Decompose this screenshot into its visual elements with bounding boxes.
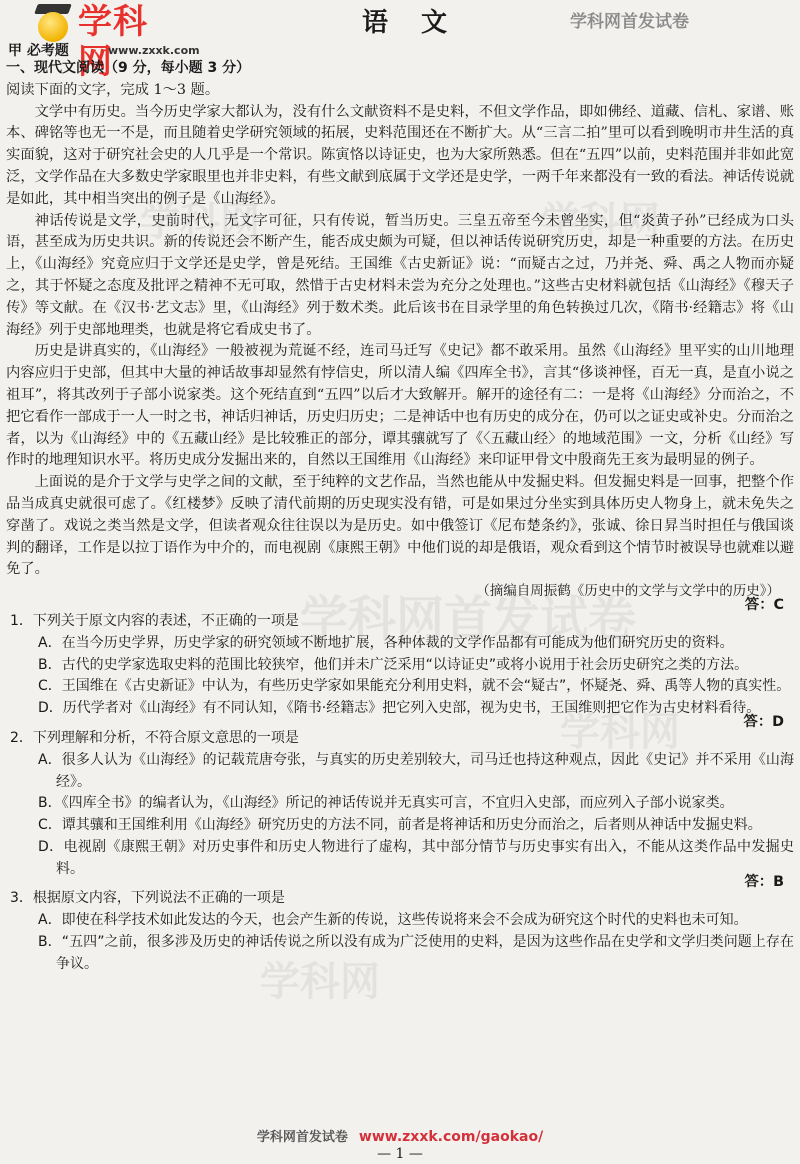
option-c: C．王国维在《古史新证》中认为，有些历史学家如果能充分利用史料，就不会“疑古”，… xyxy=(6,676,794,698)
question-number: 2． xyxy=(10,730,33,746)
question-text: 下列理解和分析，不符合原文意思的一项是 xyxy=(33,730,299,746)
answer-label: 答：C xyxy=(745,595,784,617)
option-c: C．谭其骧和王国维利用《山海经》研究历史的方法不同，前者是将神话和历史分而治之，… xyxy=(6,815,794,837)
option-d: D．历代学者对《山海经》有不同认知，《隋书·经籍志》把它列入史部，视为史书，王国… xyxy=(6,698,794,720)
site-logo: 学科网 www.zxxk.com xyxy=(30,2,180,44)
question-number: 1． xyxy=(10,613,33,629)
question-text: 根据原文内容，下列说法不正确的一项是 xyxy=(33,890,285,906)
option-d: D．电视剧《康熙王朝》对历史事件和历史人物进行了虚构，其中部分情节与历史事实有出… xyxy=(6,837,794,881)
instruction: 阅读下面的文字，完成 1～3 题。 xyxy=(6,80,794,102)
question-3: 答：B 3．根据原文内容，下列说法不正确的一项是 A．即使在科学技术如此发达的今… xyxy=(6,888,794,975)
passage-paragraph: 历史是讲真实的，《山海经》一般被视为荒诞不经，连司马迁写《史记》都不敢采用。虽然… xyxy=(6,341,794,472)
section-label: 甲 必考题 xyxy=(8,40,69,60)
page-title: 语 文 xyxy=(362,2,459,39)
reading-passage: 文学中有历史。当今历史学家大都认为，没有什么文献资料不是史料，不但文学作品，即如… xyxy=(6,102,794,603)
page-number: — 1 — xyxy=(0,1146,800,1162)
answer-label: 答：B xyxy=(745,872,785,894)
section-heading: 一、现代文阅读（9 分，每小题 3 分） xyxy=(6,58,794,80)
question-number: 3． xyxy=(10,890,33,906)
promo-header: 学科网首发试卷 xyxy=(570,12,689,32)
exam-page: 学科网 学科网 学科网首发试卷 学科网 学科网 学科网 www.zxxk.com… xyxy=(0,0,800,1164)
passage-paragraph: 神话传说是文学，史前时代，无文字可征，只有传说，暂当历史。三皇五帝至今未曾坐实，… xyxy=(6,211,794,342)
footer-promo-text: 学科网首发试卷 xyxy=(257,1130,348,1145)
question-stem: 3．根据原文内容，下列说法不正确的一项是 xyxy=(6,888,794,910)
promo-title: 学科网首发试卷 xyxy=(570,12,689,32)
answer-label: 答：D xyxy=(744,712,784,734)
question-1: 答：C 1．下列关于原文内容的表述，不正确的一项是 A．在当今历史学界，历史学家… xyxy=(6,611,794,720)
exam-content: 一、现代文阅读（9 分，每小题 3 分） 阅读下面的文字，完成 1～3 题。 文… xyxy=(6,58,794,976)
option-a: A．很多人认为《山海经》的记载荒唐夸张，与真实的历史差别较大，司马迁也持这种观点… xyxy=(6,750,794,794)
question-2: 答：D 2．下列理解和分析，不符合原文意思的一项是 A．很多人认为《山海经》的记… xyxy=(6,728,794,881)
option-b: B．古代的史学家选取史料的范围比较狭窄，他们并未广泛采用“以诗证史”或将小说用于… xyxy=(6,655,794,677)
passage-paragraph: 文学中有历史。当今历史学家大都认为，没有什么文献资料不是史料，不但文学作品，即如… xyxy=(6,102,794,211)
passage-paragraph: 上面说的是介于文学与史学之间的文献，至于纯粹的文艺作品，当然也能从中发掘史料。但… xyxy=(6,472,794,581)
question-stem: 2．下列理解和分析，不符合原文意思的一项是 xyxy=(6,728,794,750)
option-a: A．即使在科学技术如此发达的今天，也会产生新的传说，这些传说将来会不会成为研究这… xyxy=(6,910,794,932)
mascot-icon xyxy=(38,12,68,42)
question-text: 下列关于原文内容的表述，不正确的一项是 xyxy=(33,613,299,629)
logo-url: www.zxxk.com xyxy=(108,44,200,57)
footer-promo: 学科网首发试卷 www.zxxk.com/gaokao/ xyxy=(0,1126,800,1145)
option-b: B．“五四”之前，很多涉及历史的神话传说之所以没有成为广泛使用的史料，是因为这些… xyxy=(6,932,794,976)
footer-promo-url[interactable]: www.zxxk.com/gaokao/ xyxy=(359,1129,543,1145)
option-b: B．《四库全书》的编者认为，《山海经》所记的神话传说并无真实可言，不宜归入史部，… xyxy=(6,793,794,815)
option-a: A．在当今历史学界，历史学家的研究领域不断地扩展，各种体裁的文学作品都有可能成为… xyxy=(6,633,794,655)
passage-source: （摘编自周振鹤《历史中的文学与文学中的历史》） xyxy=(6,581,794,603)
question-stem: 1．下列关于原文内容的表述，不正确的一项是 xyxy=(6,611,794,633)
